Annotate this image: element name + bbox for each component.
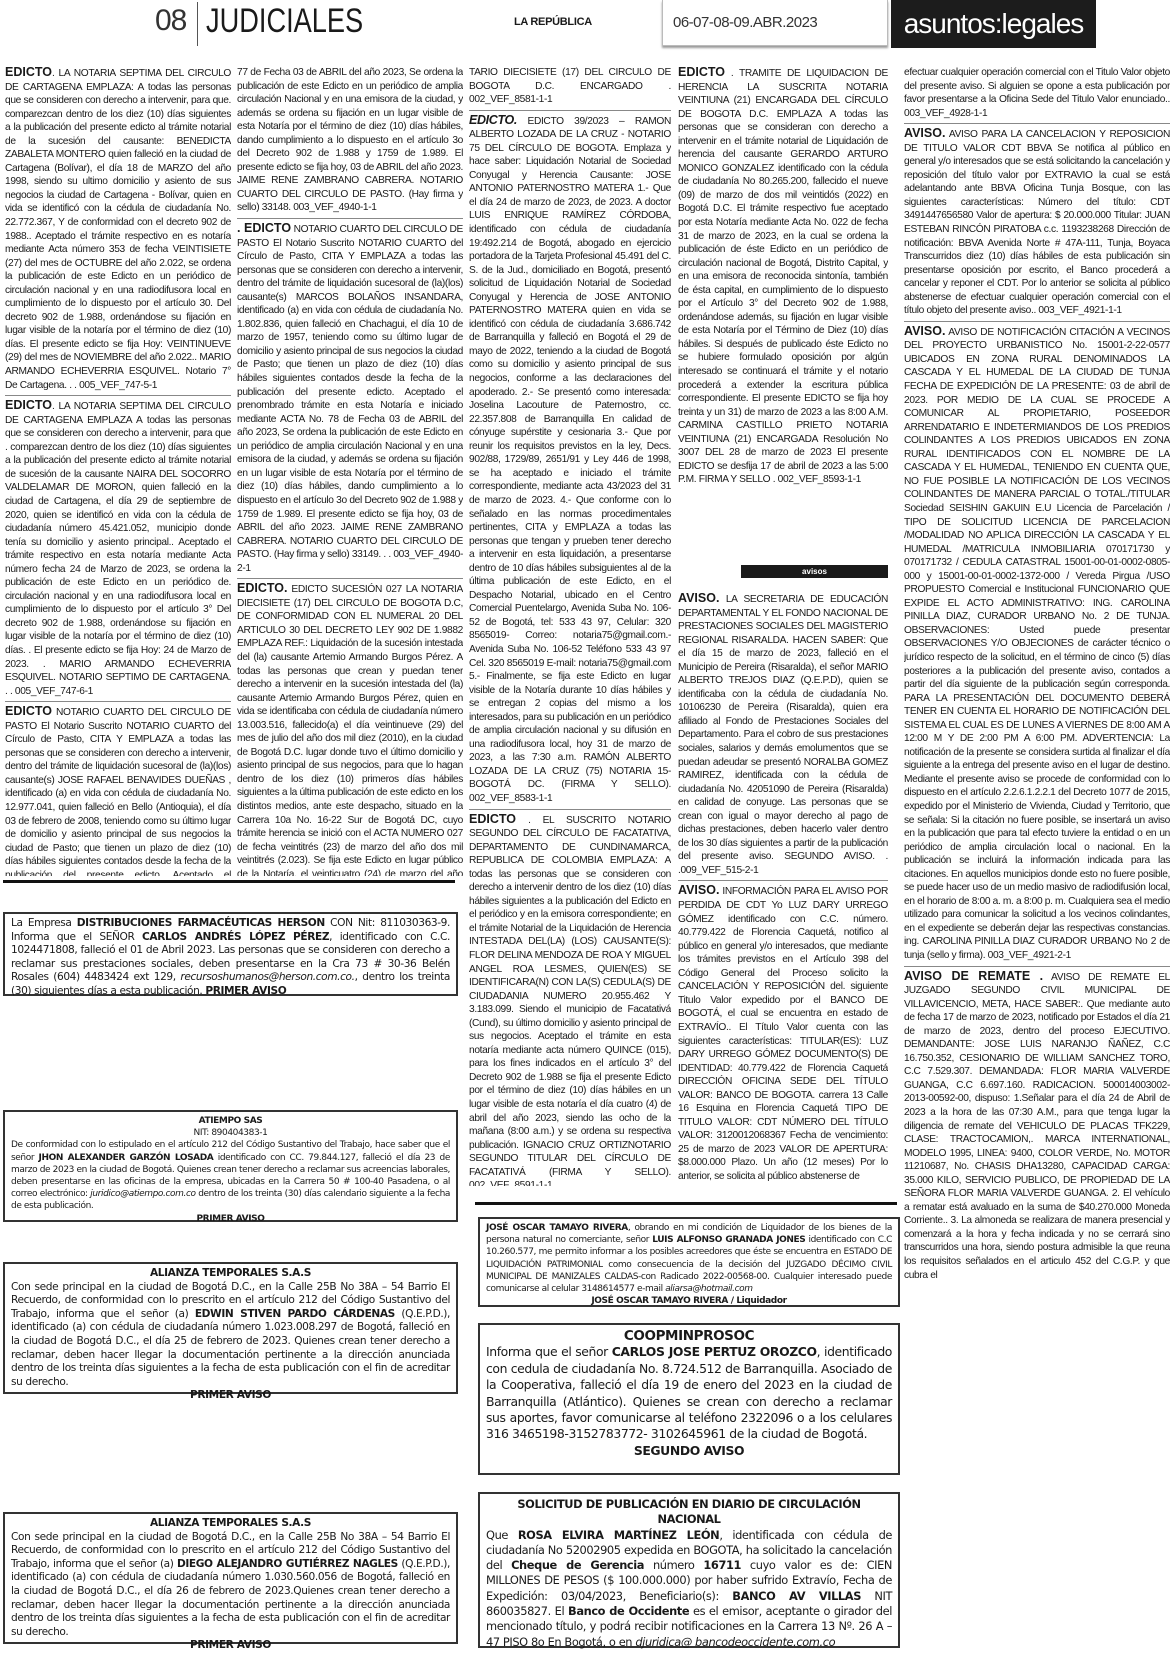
- notice-coopminprosoc: COOPMINPROSOC Informa que el señor CARLO…: [478, 1323, 900, 1475]
- column-4: EDICTO . TRAMITE DE LIQUIDACION DE HEREN…: [678, 66, 888, 536]
- notice-body: . EL SUSCRITO NOTARIO SEGUNDO DEL CÍRCUL…: [469, 815, 671, 1186]
- notice-body: . LA NOTARIA SEPTIMA DEL CIRCULO DE CART…: [5, 401, 231, 696]
- notice-body: AVISO PARA LA CANCELACION Y REPOSICION D…: [904, 129, 1170, 316]
- notice-solicitud: SOLICITUD DE PUBLICACIÓN EN DIARIO DE CI…: [478, 1492, 900, 1648]
- column-5: efectuar cualquier operación comercial c…: [904, 66, 1170, 1653]
- notice-keyword: EDICTO.: [237, 581, 287, 595]
- page-number: 08: [155, 4, 186, 38]
- notice-body: NOTARIO CUARTO DEL CIRCULO DE PASTO El N…: [5, 707, 231, 876]
- notice-keyword: EDICTO: [469, 812, 516, 826]
- legal-notice: EDICTO. EDICTO SUCESIÓN 027 LA NOTARIA D…: [237, 582, 463, 876]
- legal-notice: AVISO. INFORMACIÓN PARA EL AVISO POR PER…: [678, 884, 888, 1186]
- notice-title: SOLICITUD DE PUBLICACIÓN EN DIARIO DE CI…: [486, 1497, 892, 1528]
- notice-body: EDICTO SUCESIÓN 027 LA NOTARIA DIECISIET…: [237, 584, 463, 876]
- notice-body: TARIO DIECISIETE (17) DEL CIRCULO DE BOG…: [469, 67, 671, 105]
- notice-keyword: AVISO.: [678, 883, 719, 897]
- section-brand: asuntos:legales: [891, 0, 1096, 48]
- email-link[interactable]: recursoshumanos@herson.com.co.: [180, 971, 354, 983]
- legal-notice: TARIO DIECISIETE (17) DEL CIRCULO DE BOG…: [469, 66, 671, 111]
- notice-keyword: EDICTO: [5, 66, 52, 79]
- notice-keyword: EDICTO.: [469, 113, 517, 127]
- notice-keyword: AVISO.: [904, 324, 945, 338]
- column-1: EDICTO. LA NOTARIA SEPTIMA DEL CIRCULO D…: [5, 66, 231, 876]
- notice-body: . TRAMITE DE LIQUIDACION DE HERENCIA LA …: [678, 68, 888, 485]
- notice-keyword: AVISO.: [904, 126, 945, 140]
- notice-title: COOPMINPROSOC: [486, 1328, 892, 1344]
- legal-notice: EDICTO. EDICTO 39/2023 – RAMON ALBERTO L…: [469, 114, 671, 810]
- email-link[interactable]: djuridica@ bancodeoccidente.com.co: [635, 1635, 835, 1649]
- notice-body: EDICTO 39/2023 – RAMON ALBERTO LOZADA DE…: [469, 116, 671, 804]
- notice-body: AVISO DE REMATE EL JUZGADO SEGUNDO CIVIL…: [904, 972, 1170, 1281]
- notice-keyword: AVISO.: [678, 592, 719, 605]
- notice-body: efectuar cualquier operación comercial c…: [904, 67, 1170, 119]
- notice-body: LA SECRETARIA DE EDUCACIÓN DEPARTAMENTAL…: [678, 594, 888, 876]
- column-2: 77 de Fecha 03 de ABRIL del año 2023, Se…: [237, 66, 463, 876]
- notice-alianza-2: ALIANZA TEMPORALES S.A.S Con sede princi…: [3, 1512, 458, 1644]
- notice-title: ATIEMPO SAS: [11, 1115, 450, 1127]
- section-divider-left: [3, 880, 455, 883]
- page-header: 08 JUDICIALES LA REPÚBLICA 06-07-08-09.A…: [0, 0, 1174, 48]
- notice-body: INFORMACIÓN PARA EL AVISO POR PERDIDA DE…: [678, 886, 888, 1181]
- legal-notice: EDICTO. LA NOTARIA SEPTIMA DEL CIRCULO D…: [5, 66, 231, 396]
- legal-notice: efectuar cualquier operación comercial c…: [904, 66, 1170, 124]
- section-divider-right: [475, 1202, 897, 1205]
- publication-name: LA REPÚBLICA: [514, 16, 592, 28]
- notice-keyword: . EDICTO: [237, 221, 291, 235]
- notice-atiempo: ATIEMPO SAS NIT: 890404383-1 De conformi…: [3, 1110, 458, 1222]
- legal-notice: . EDICTO NOTARIO CUARTO DEL CIRCULO DE P…: [237, 222, 463, 579]
- legal-notice: EDICTO . EL SUSCRITO NOTARIO SEGUNDO DEL…: [469, 813, 671, 1186]
- column-3: TARIO DIECISIETE (17) DEL CIRCULO DE BOG…: [469, 66, 671, 1186]
- column-4-avisos: AVISO. LA SECRETARIA DE EDUCACIÓN DEPART…: [678, 592, 888, 1186]
- notice-herson: La Empresa DISTRIBUCIONES FARMACÉUTICAS …: [3, 912, 458, 996]
- notice-body: NOTARIO CUARTO DEL CIRCULO DE PASTO El N…: [237, 224, 463, 574]
- notice-alianza-1: ALIANZA TEMPORALES S.A.S Con sede princi…: [3, 1262, 458, 1394]
- email-link[interactable]: juridico@atiempo.com.co: [90, 1189, 195, 1199]
- notice-keyword: EDICTO: [5, 398, 52, 412]
- legal-notice: AVISO DE REMATE . AVISO DE REMATE EL JUZ…: [904, 970, 1170, 1286]
- notice-title: ALIANZA TEMPORALES S.A.S: [11, 1517, 450, 1531]
- legal-notice: EDICTO. LA NOTARIA SEPTIMA DEL CIRCULO D…: [5, 399, 231, 702]
- notice-title: ALIANZA TEMPORALES S.A.S: [11, 1267, 450, 1281]
- notice-body: 77 de Fecha 03 de ABRIL del año 2023, Se…: [237, 67, 463, 213]
- notice-body: AVISO DE NOTIFICACIÓN CITACIÓN A VECINOS…: [904, 327, 1170, 961]
- notice-keyword: EDICTO: [5, 704, 52, 718]
- notice-keyword: AVISO DE REMATE .: [904, 969, 1043, 983]
- legal-notice: AVISO. AVISO PARA LA CANCELACION Y REPOS…: [904, 127, 1170, 322]
- legal-notice: EDICTO NOTARIO CUARTO DEL CIRCULO DE PAS…: [5, 705, 231, 876]
- legal-notice: 77 de Fecha 03 de ABRIL del año 2023, Se…: [237, 66, 463, 219]
- legal-notice: EDICTO . TRAMITE DE LIQUIDACION DE HEREN…: [678, 66, 888, 490]
- legal-notice: AVISO. AVISO DE NOTIFICACIÓN CITACIÓN A …: [904, 325, 1170, 967]
- legal-notice: AVISO. LA SECRETARIA DE EDUCACIÓN DEPART…: [678, 592, 888, 881]
- notice-keyword: EDICTO: [678, 66, 725, 79]
- email-link[interactable]: aliarsa@hotmail.com: [665, 1284, 752, 1294]
- avisos-section-label: avisos: [741, 565, 888, 578]
- notice-body: . LA NOTARIA SEPTIMA DEL CIRCULO DE CART…: [5, 68, 231, 391]
- section-title: JUDICIALES: [206, 2, 363, 41]
- notice-tamayo: JOSÉ OSCAR TAMAYO RIVERA, obrando en mi …: [478, 1217, 900, 1307]
- issue-date: 06-07-08-09.ABR.2023: [662, 0, 888, 46]
- header-divider: [197, 2, 198, 46]
